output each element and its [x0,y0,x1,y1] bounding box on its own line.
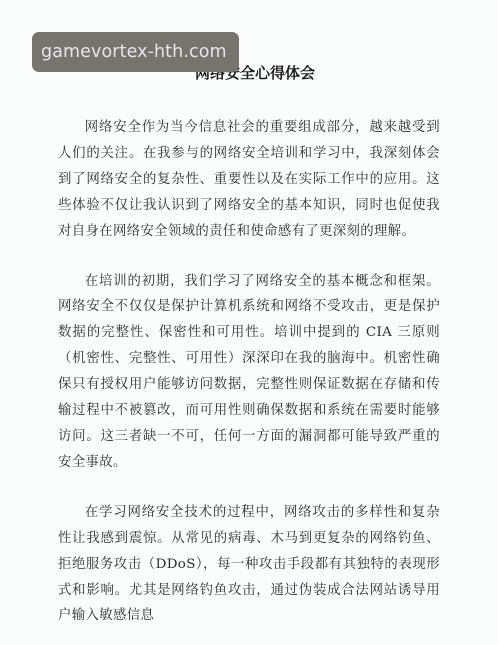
document-page: gamevortex-hth.com 网络安全心得体会 网络安全作为当今信息社会… [0,0,498,645]
paragraph-2: 在培训的初期，我们学习了网络安全的基本概念和框架。网络安全不仅仅是保护计算机系统… [58,269,440,476]
paragraph-3: 在学习网络安全技术的过程中，网络攻击的多样性和复杂性让我感到震惊。从常见的病毒、… [58,500,440,630]
paragraph-1: 网络安全作为当今信息社会的重要组成部分，越来越受到人们的关注。在我参与的网络安全… [58,115,440,245]
watermark-badge: gamevortex-hth.com [32,32,239,72]
document-body: 网络安全作为当今信息社会的重要组成部分，越来越受到人们的关注。在我参与的网络安全… [58,115,440,629]
